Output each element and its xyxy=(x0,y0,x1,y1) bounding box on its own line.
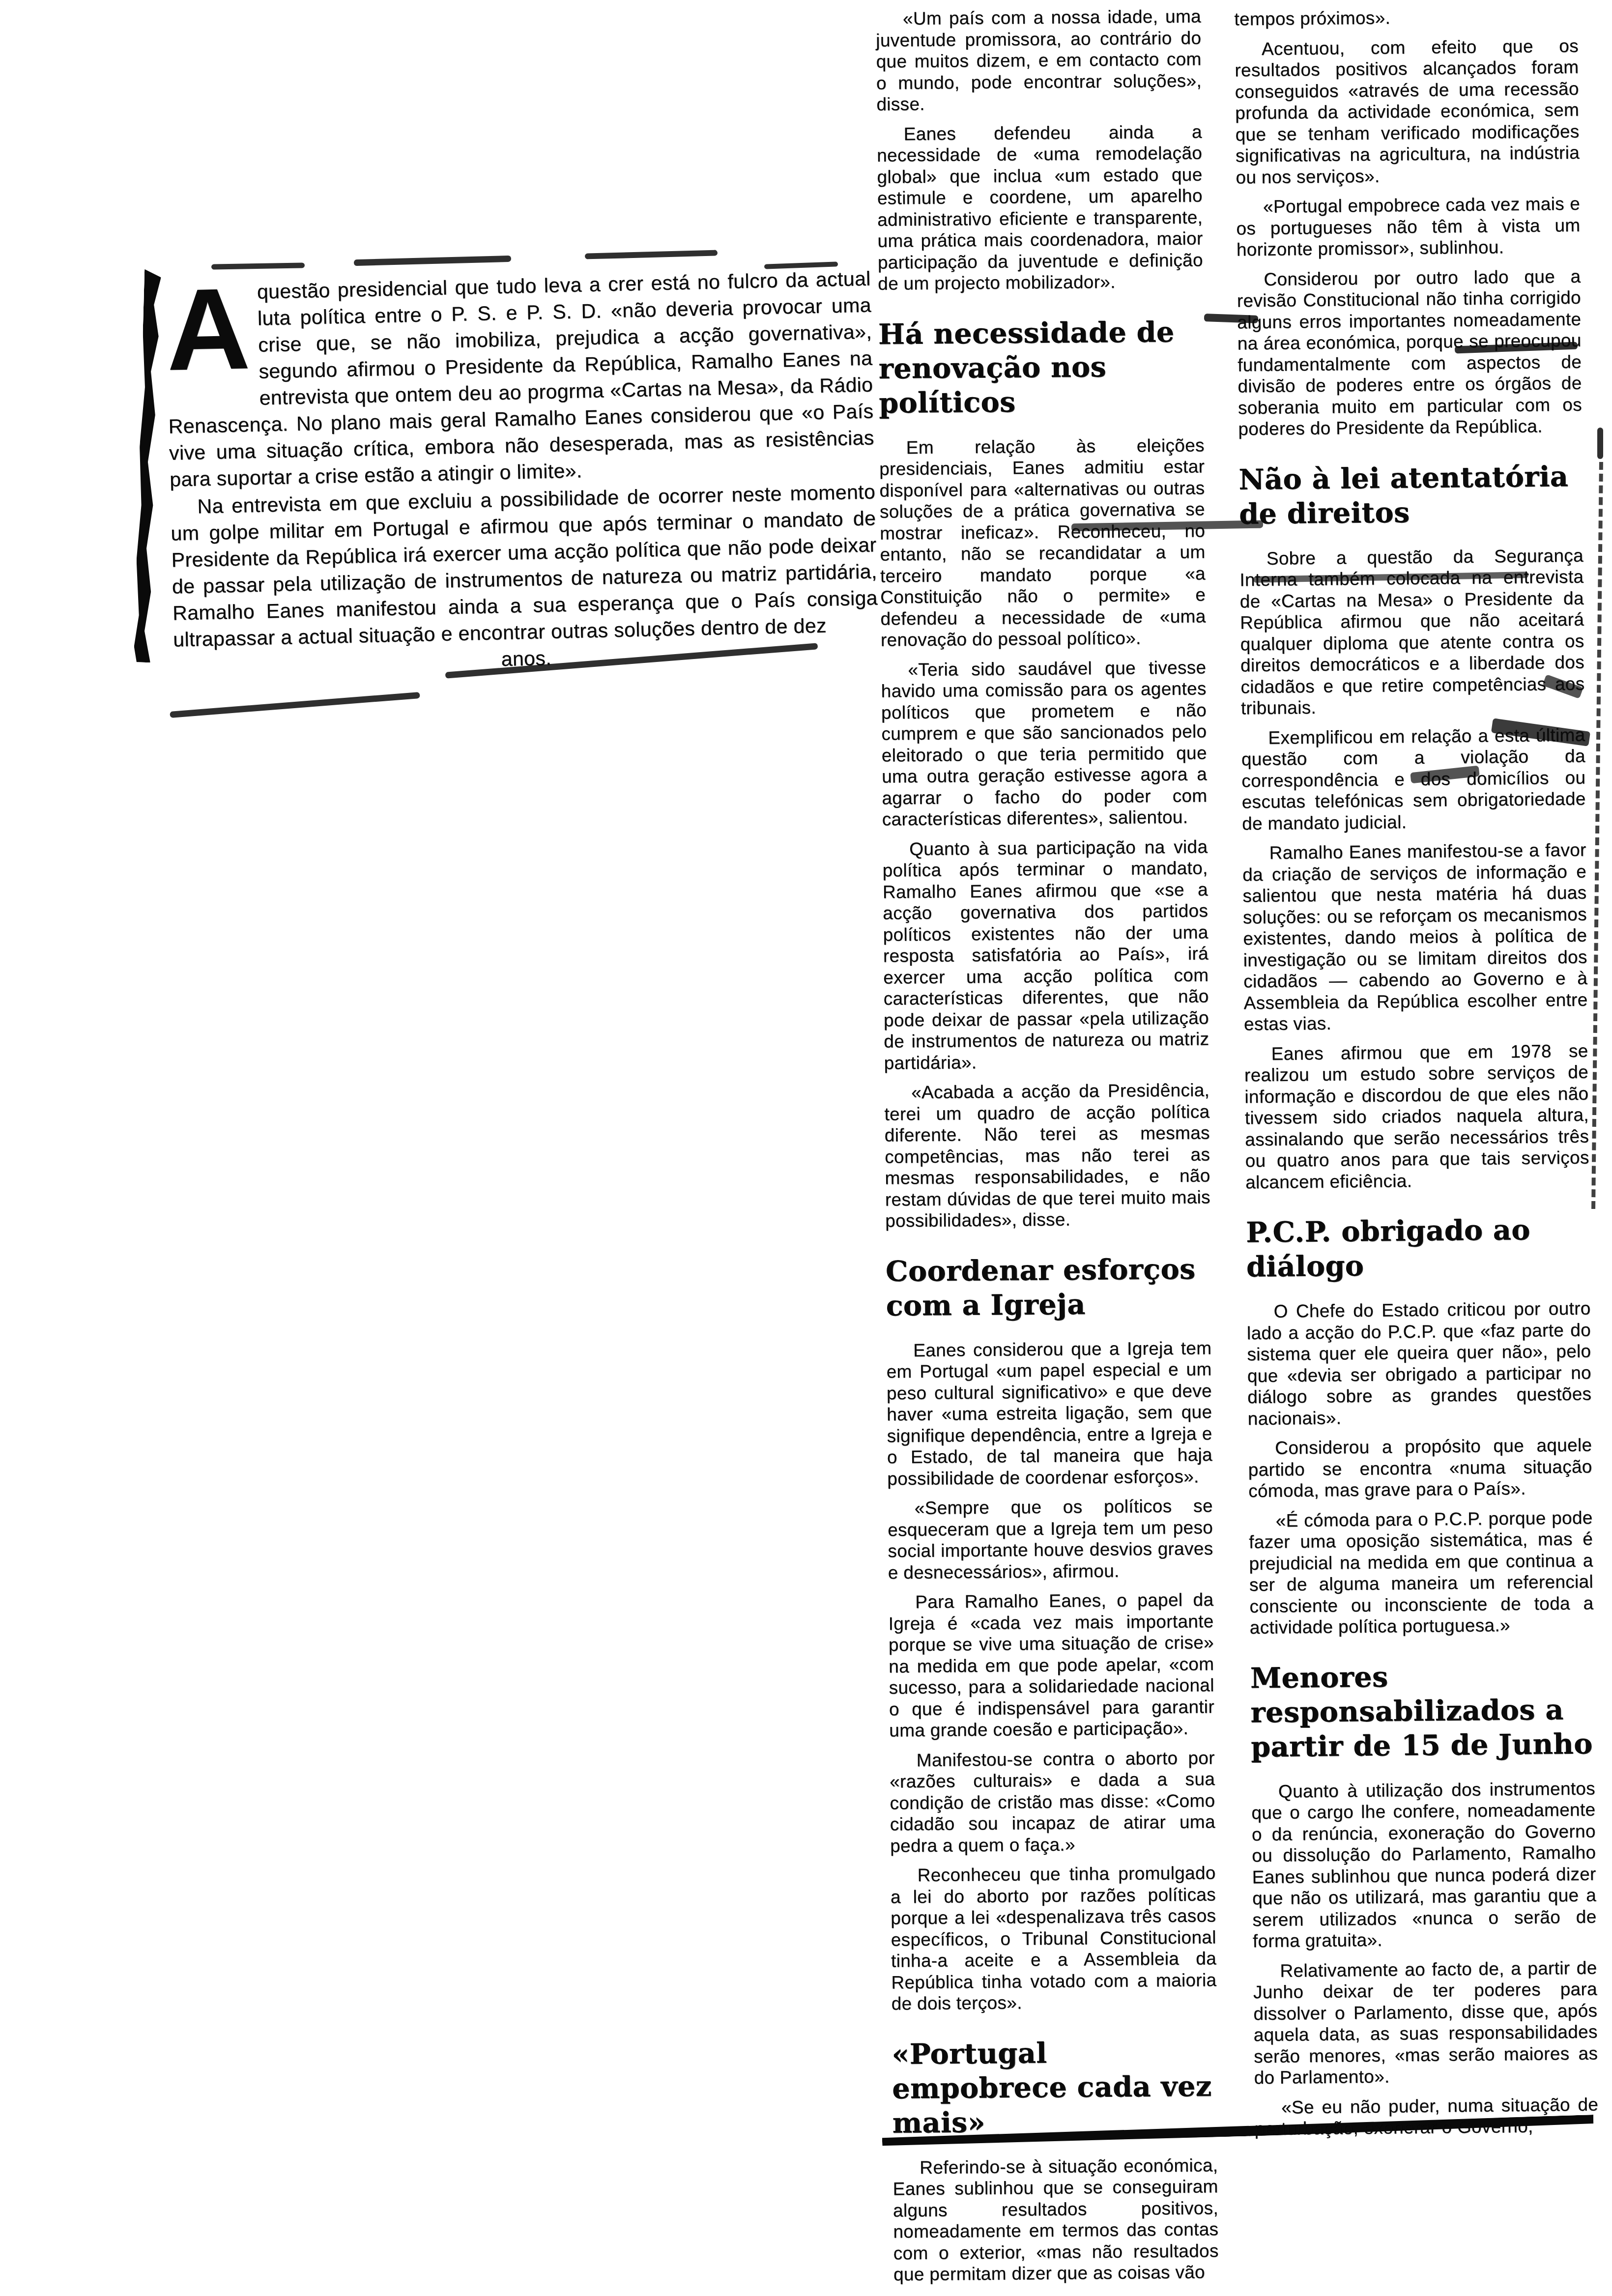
article-paragraph: Ramalho Eanes manifestou-se a favor da c… xyxy=(1242,839,1588,1035)
lead-paragraph: questão presidencial que tudo leva a cre… xyxy=(165,265,875,492)
article-paragraph: «Portugal empobrece cada vez mais e os p… xyxy=(1236,193,1581,260)
edge-mark-artifact xyxy=(1597,428,1603,459)
article-paragraph: «Teria sido saudável que tivesse havido … xyxy=(881,657,1208,830)
lead-article: A questão presidencial que tudo leva a c… xyxy=(165,265,879,679)
section-headline: Menores responsabilizados a partir de 15… xyxy=(1250,1658,1595,1764)
article-paragraph: Sobre a questão da Segurança Interna tam… xyxy=(1239,545,1585,719)
article-paragraph: Para Ramalho Eanes, o papel da Igreja é … xyxy=(888,1589,1214,1741)
article-paragraph: «Um país com a nossa idade, uma juventud… xyxy=(876,5,1202,115)
scan-smudge-artifact xyxy=(354,256,511,266)
article-paragraph: Quanto à sua participação na vida políti… xyxy=(882,836,1209,1074)
lead-paragraph: Na entrevista em que excluiu a possibili… xyxy=(170,478,879,653)
article-paragraph: Relativamente ao facto de, a partir de J… xyxy=(1253,1957,1598,2089)
section-headline: P.C.P. obrigado ao diálogo xyxy=(1246,1212,1590,1285)
newspaper-scan-page: A questão presidencial que tudo leva a c… xyxy=(0,0,1612,2296)
section-headline: «Portugal empobrece cada vez mais» xyxy=(892,2035,1218,2140)
article-paragraph: Considerou por outro lado que a revisão … xyxy=(1237,265,1582,440)
article-paragraph: Eanes defendeu ainda a necessidade de «u… xyxy=(877,121,1204,294)
article-paragraph: Em relação às eleições presidenciais, Ea… xyxy=(879,434,1206,651)
section-headline: Não à lei atentatória de direitos xyxy=(1238,459,1583,531)
article-paragraph: Exemplificou em relação a esta última qu… xyxy=(1241,724,1586,834)
article-paragraph: «É cómoda para o P.C.P. porque pode faze… xyxy=(1248,1507,1593,1638)
article-paragraph: Reconheceu que tinha promulgado a lei do… xyxy=(890,1862,1216,2014)
article-paragraph: Quanto à utilização dos instrumentos que… xyxy=(1251,1778,1597,1952)
article-paragraph: Eanes considerou que a Igreja tem em Por… xyxy=(886,1337,1212,1490)
torn-paper-edge-artifact xyxy=(134,269,161,663)
drop-cap: A xyxy=(165,282,246,387)
section-headline: Há necessidade de renovação nos político… xyxy=(878,315,1205,420)
signature-smudge-artifact xyxy=(170,692,420,718)
article-paragraph: Considerou a propósito que aquele partid… xyxy=(1248,1435,1592,1502)
article-paragraph: Eanes afirmou que em 1978 se realizou um… xyxy=(1244,1040,1589,1193)
article-paragraph: tempos próximos». xyxy=(1234,5,1578,30)
scan-smudge-artifact xyxy=(585,250,718,259)
scan-edge-dashes-artifact xyxy=(1591,462,1603,1209)
article-paragraph: «Acabada a acção da Presidência, terei u… xyxy=(884,1079,1210,1232)
article-paragraph: Manifestou-se contra o aborto por «razõe… xyxy=(890,1747,1216,1857)
news-column-left: «Um país com a nossa idade, uma juventud… xyxy=(876,5,1219,2294)
drop-cap-letter: A xyxy=(165,263,252,395)
article-paragraph: O Chefe do Estado criticou por outro lad… xyxy=(1246,1298,1591,1430)
article-paragraph: Referindo-se à situação económica, Eanes… xyxy=(892,2154,1219,2285)
article-paragraph: «Se eu não puder, numa situação de pertu… xyxy=(1254,2094,1599,2140)
news-column-right: tempos próximos».Acentuou, com efeito qu… xyxy=(1234,5,1599,2148)
article-paragraph: Acentuou, com efeito que os resultados p… xyxy=(1235,35,1580,188)
article-paragraph: «Sempre que os políticos se esqueceram q… xyxy=(888,1495,1213,1583)
section-headline: Coordenar esforços com a Igreja xyxy=(886,1252,1211,1323)
